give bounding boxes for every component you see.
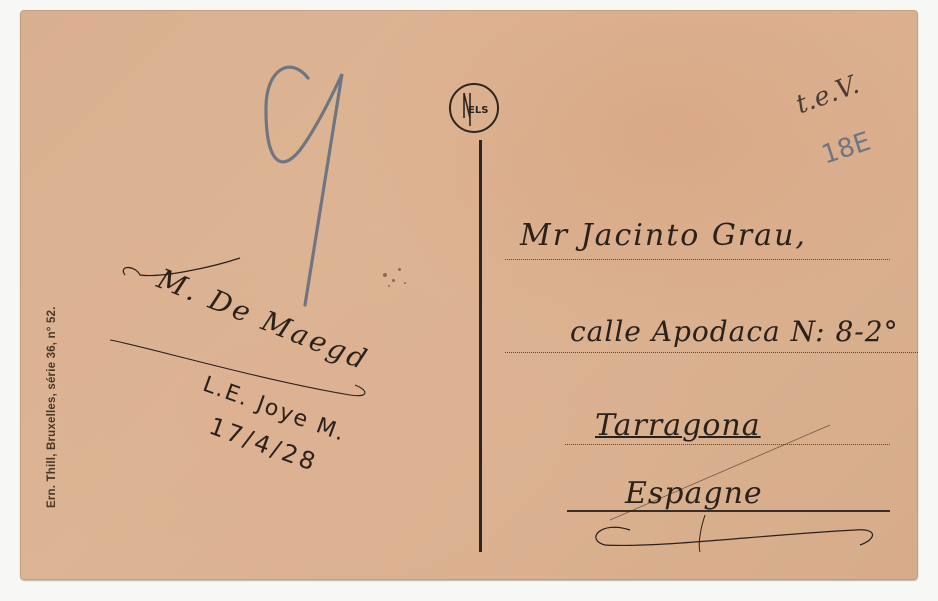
address-line-4: Espagne xyxy=(625,476,763,511)
foxing-spot xyxy=(388,285,390,287)
address-line-2: calle Apodaca N: 8-2° xyxy=(570,315,899,348)
foxing-spot xyxy=(398,268,401,271)
address-line-1: Mr Jacinto Grau, xyxy=(520,218,807,253)
address-line-3: Tarragona xyxy=(595,408,761,443)
nels-logo-icon: ELS xyxy=(448,82,500,134)
address-line-3-guide xyxy=(565,444,890,445)
foxing-spot xyxy=(404,282,406,284)
address-line-2-guide xyxy=(505,352,918,353)
address-line-1-guide xyxy=(505,259,890,260)
svg-text:ELS: ELS xyxy=(468,105,488,116)
vertical-divider xyxy=(479,140,482,552)
foxing-spot xyxy=(392,279,395,282)
foxing-spot xyxy=(383,273,387,277)
publisher-imprint: Ern. Thill, Bruxelles, série 36, n° 52. xyxy=(46,238,58,508)
